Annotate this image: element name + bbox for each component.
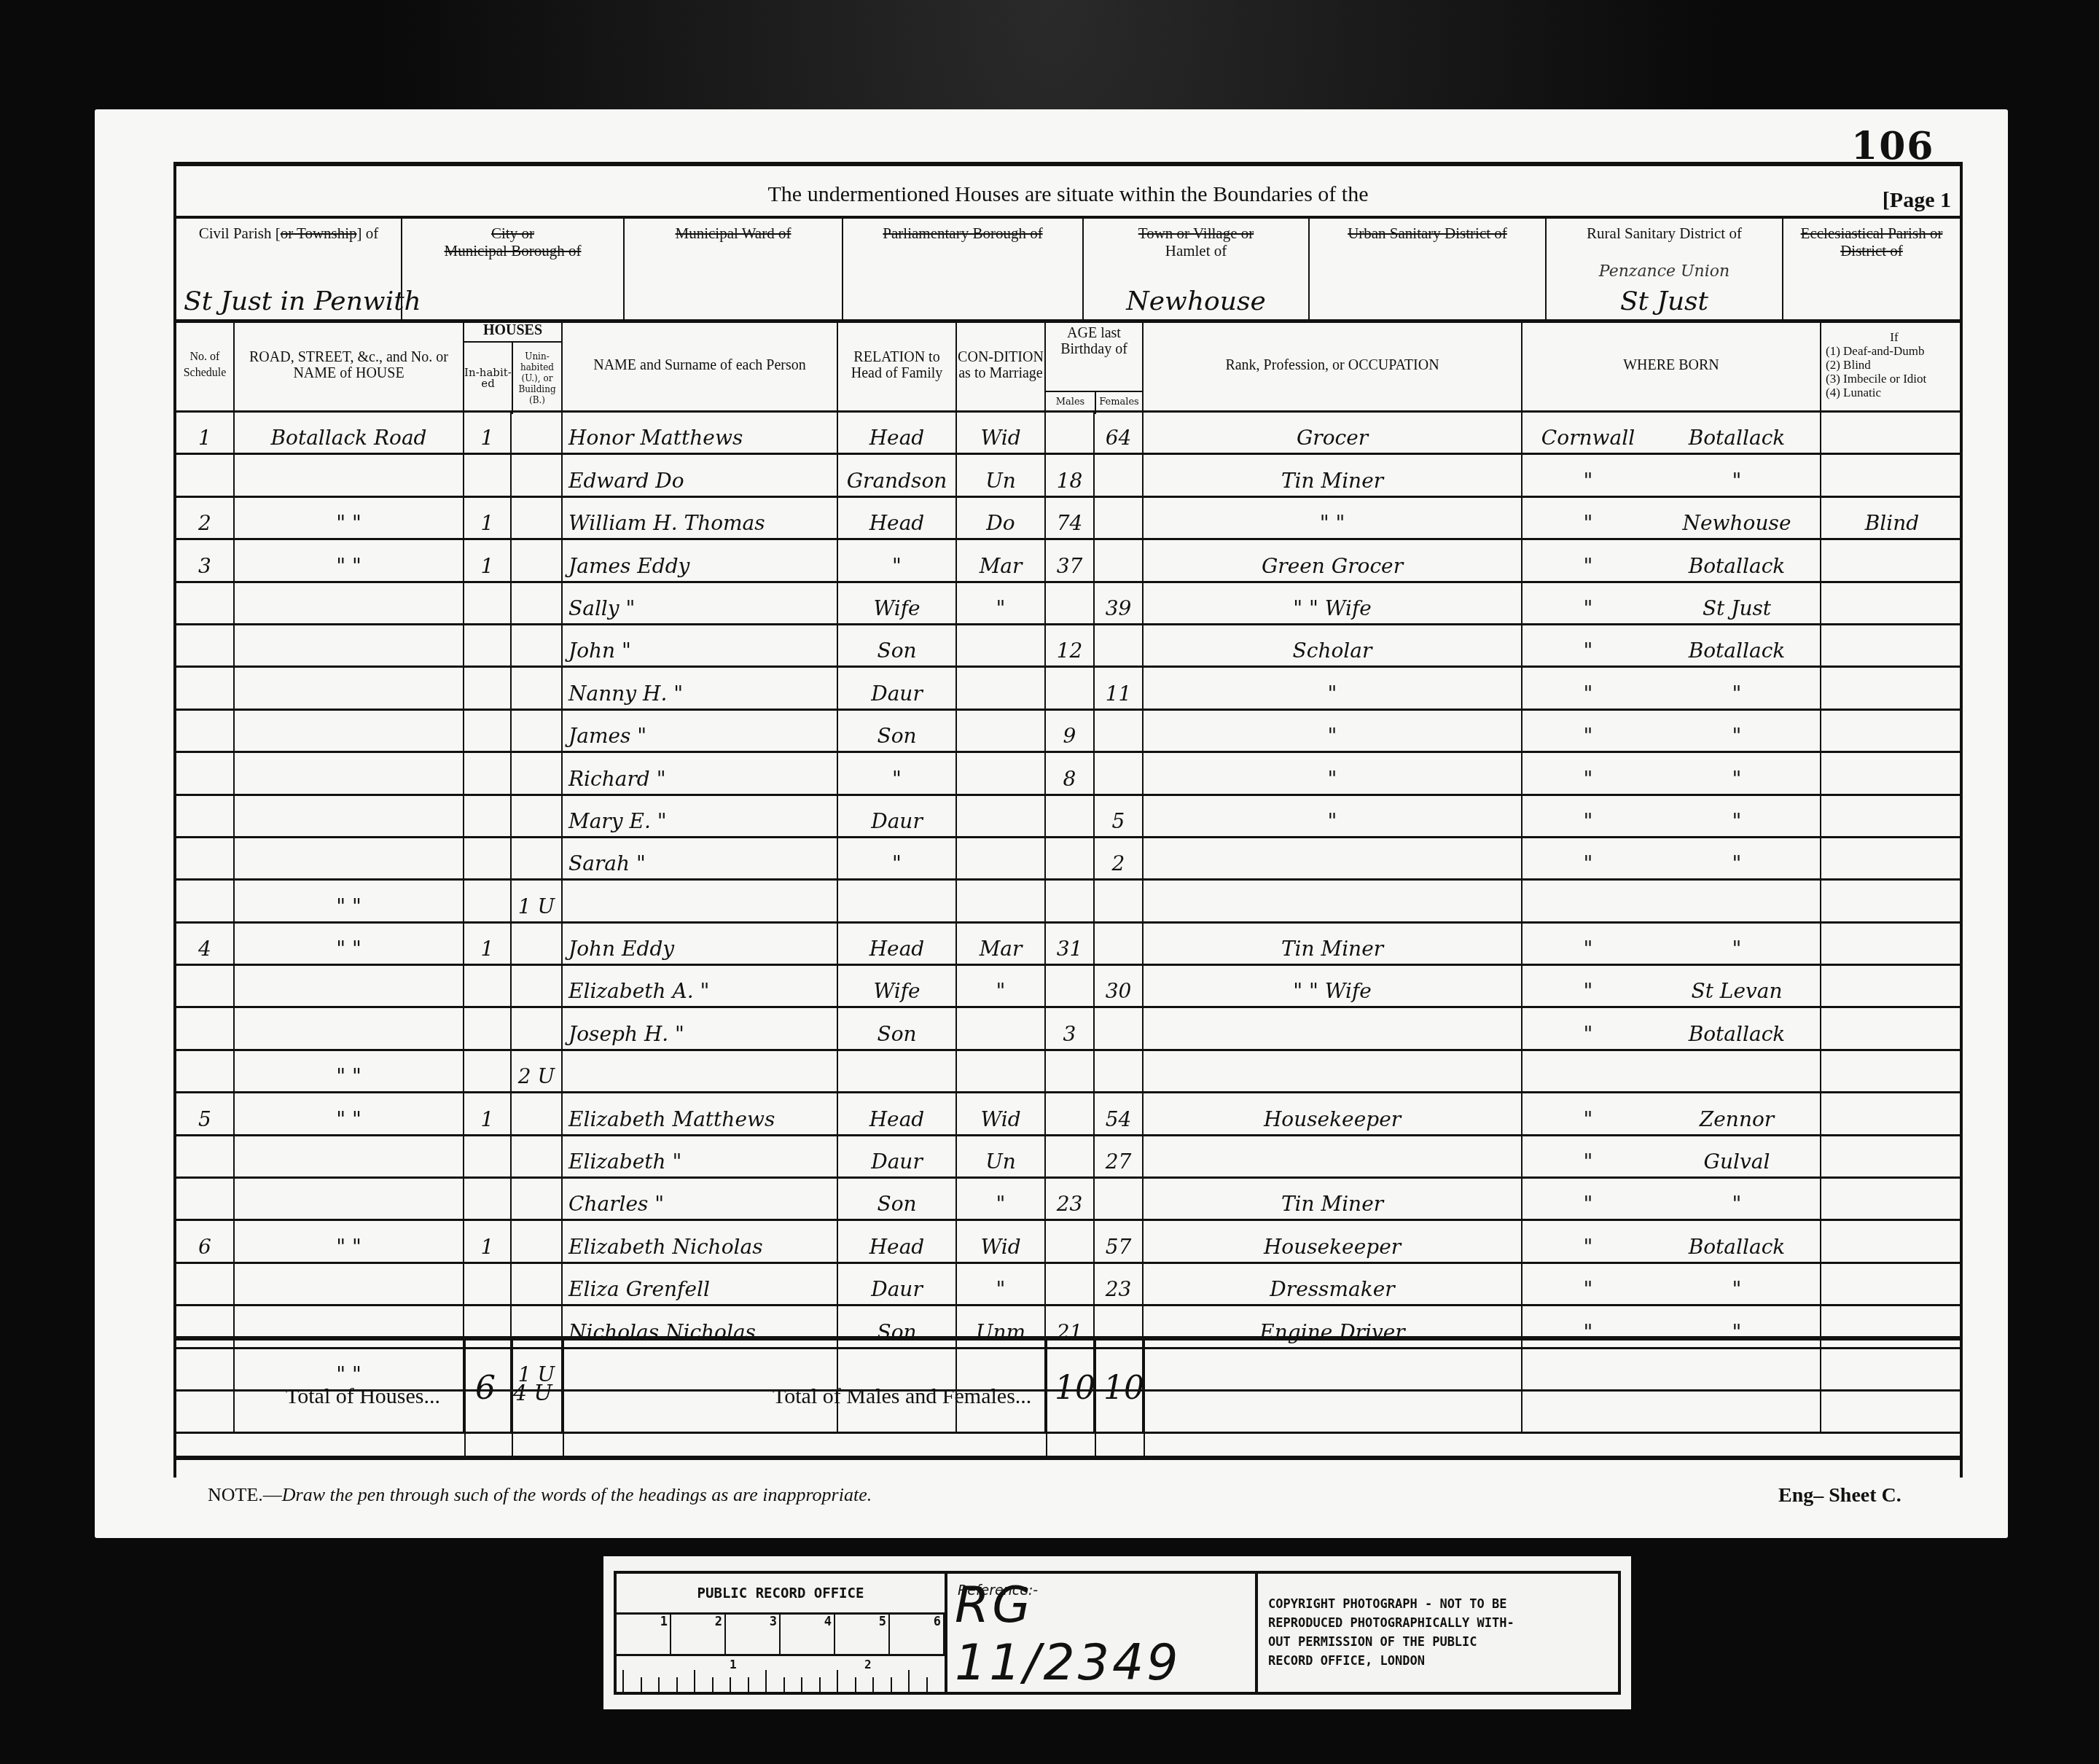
person-name-cell: William H. Thomas [563, 498, 838, 538]
total-houses-inhabited: 6 [475, 1370, 496, 1407]
ruler-tick [855, 1677, 856, 1692]
marital-condition-cell [957, 796, 1046, 836]
marital-condition-cell: Do [957, 498, 1046, 538]
col-head-relation: RELATION to Head of Family [838, 319, 957, 413]
infirmity-cell [1821, 1093, 1963, 1133]
schedule-number-cell [176, 881, 235, 921]
page-label: [Page 1 [1883, 188, 1951, 213]
footnote-text: Draw the pen through such of the words o… [282, 1484, 872, 1505]
born-county-cell: " [1523, 1008, 1654, 1048]
marital-condition-cell [957, 668, 1046, 708]
infirmity-cell [1821, 753, 1963, 793]
houses-uninhabited-cell [512, 753, 563, 793]
marital-condition-cell: " [957, 583, 1046, 623]
born-county-cell [1523, 1051, 1654, 1091]
ruler-inch: 1 2 [617, 1656, 945, 1692]
houses-uninhabited-cell: 2 U [512, 1051, 563, 1091]
col-head-name: NAME and Surname of each Person [563, 319, 838, 413]
ruler-tick [837, 1670, 838, 1692]
marital-condition-cell: Mar [957, 540, 1046, 580]
born-county-cell: " [1523, 498, 1654, 538]
born-place-cell: Botallack [1654, 1008, 1821, 1048]
ruler-inch-mark: 2 [864, 1658, 872, 1671]
born-place-cell: St Just [1654, 583, 1821, 623]
marital-condition-cell [957, 838, 1046, 878]
age-female-cell: 11 [1095, 668, 1144, 708]
occupation-cell: Green Grocer [1144, 540, 1523, 580]
age-female-cell: 39 [1095, 583, 1144, 623]
totals-divider [464, 1340, 466, 1456]
occupation-cell [1144, 838, 1523, 878]
relation-to-head-cell: Daur [838, 796, 957, 836]
ruler-tick [748, 1677, 749, 1692]
table-row: Richard ""8""" [176, 753, 1960, 795]
relation-to-head-cell: Son [838, 711, 957, 751]
marital-condition-cell: " [957, 1179, 1046, 1219]
born-place-cell: Botallack [1654, 1221, 1821, 1261]
col-head-infirmity: If (1) Deaf-and-Dumb (2) Blind (3) Imbec… [1821, 319, 1963, 413]
age-male-cell [1046, 1264, 1095, 1304]
infirmity-cell [1821, 881, 1963, 921]
copyright-line: REPRODUCED PHOTOGRAPHICALLY WITH- [1268, 1614, 1514, 1633]
relation-to-head-cell: " [838, 838, 957, 878]
houses-uninhabited-cell [512, 924, 563, 964]
infirmity-cell [1821, 413, 1963, 453]
total-females: 10 [1103, 1370, 1144, 1407]
person-name-cell: John Eddy [563, 924, 838, 964]
age-male-cell: 9 [1046, 711, 1095, 751]
footnote-prefix: NOTE.— [208, 1484, 282, 1505]
table-row: Charles "Son"23Tin Miner"" [176, 1179, 1960, 1221]
relation-to-head-cell: Wife [838, 966, 957, 1006]
occupation-cell: " [1144, 711, 1523, 751]
age-male-cell: 31 [1046, 924, 1095, 964]
total-houses-uninhabited: 4 U [513, 1381, 552, 1406]
schedule-number-cell: 5 [176, 1093, 235, 1133]
born-county-cell [1523, 881, 1654, 921]
born-place-cell: Newhouse [1654, 498, 1821, 538]
houses-inhabited-cell [464, 881, 512, 921]
infirmity-cell [1821, 1008, 1963, 1048]
ruler-tick [891, 1677, 892, 1692]
infirmity-cell [1821, 668, 1963, 708]
born-place-cell: " [1654, 753, 1821, 793]
born-county-cell: " [1523, 711, 1654, 751]
houses-inhabited-cell [464, 966, 512, 1006]
occupation-cell: " " Wife [1144, 966, 1523, 1006]
road-address-cell: " " [235, 1051, 464, 1091]
person-name-cell: Mary E. " [563, 796, 838, 836]
person-name-cell: Joseph H. " [563, 1008, 838, 1048]
houses-uninhabited-cell [512, 1179, 563, 1219]
relation-to-head-cell: Son [838, 625, 957, 666]
born-county-cell: " [1523, 668, 1654, 708]
ruler-cm: 1 2 3 4 5 6 [617, 1615, 945, 1655]
ruler-tick [908, 1670, 910, 1692]
houses-inhabited-cell [464, 1179, 512, 1219]
houses-uninhabited-cell [512, 1264, 563, 1304]
born-county-cell: Cornwall [1523, 413, 1654, 453]
person-name-cell: Sarah " [563, 838, 838, 878]
infirmity-lunatic: (4) Lunatic [1826, 386, 1881, 399]
total-houses-label: Total of Houses... [286, 1384, 440, 1409]
total-males: 10 [1055, 1370, 1095, 1407]
area-parliamentary-borough: Parliamentary Borough of [843, 219, 1084, 319]
area-subvalue-rural-sanitary: Penzance Union [1554, 262, 1775, 281]
marital-condition-cell [957, 881, 1046, 921]
col-head-houses-label: HOUSES [483, 322, 542, 338]
age-male-cell [1046, 1221, 1095, 1261]
infirmity-deaf-dumb: (1) Deaf-and-Dumb [1826, 344, 1924, 358]
age-female-cell [1095, 924, 1144, 964]
schedule-number-cell [176, 1179, 235, 1219]
schedule-number-cell [176, 583, 235, 623]
schedule-number-cell [176, 753, 235, 793]
houses-uninhabited-cell [512, 625, 563, 666]
relation-to-head-cell: " [838, 540, 957, 580]
area-heading: Ecclesiastical Parish or [1783, 225, 1960, 242]
person-name-cell: Richard " [563, 753, 838, 793]
born-county-cell: " [1523, 966, 1654, 1006]
born-county-cell: " [1523, 838, 1654, 878]
copyright-text: COPYRIGHT PHOTOGRAPH - NOT TO BE REPRODU… [1268, 1595, 1514, 1671]
marital-condition-cell: Un [957, 455, 1046, 495]
houses-inhabited-cell [464, 1136, 512, 1176]
person-name-cell: Honor Matthews [563, 413, 838, 453]
table-row: Elizabeth A. "Wife"30" " Wife"St Levan [176, 966, 1960, 1008]
schedule-number-cell [176, 668, 235, 708]
table-row: Nanny H. "Daur11""" [176, 668, 1960, 710]
census-form: The undermentioned Houses are situate wi… [173, 162, 1963, 1478]
ruler-cm-mark: 5 [835, 1615, 890, 1653]
marital-condition-cell: Wid [957, 1093, 1046, 1133]
houses-inhabited-cell [464, 753, 512, 793]
schedule-number-cell [176, 1136, 235, 1176]
age-female-cell: 30 [1095, 966, 1144, 1006]
born-place-cell: " [1654, 455, 1821, 495]
age-female-cell [1095, 881, 1144, 921]
person-name-cell: Elizabeth Nicholas [563, 1221, 838, 1261]
marital-condition-cell: Wid [957, 413, 1046, 453]
relation-to-head-cell: " [838, 753, 957, 793]
age-female-cell: 57 [1095, 1221, 1144, 1261]
infirmity-cell [1821, 838, 1963, 878]
age-female-cell [1095, 455, 1144, 495]
born-county-cell: " [1523, 1093, 1654, 1133]
schedule-number-cell [176, 966, 235, 1006]
table-row: Mary E. "Daur5""" [176, 796, 1960, 838]
occupation-cell [1144, 1008, 1523, 1048]
age-female-cell: 64 [1095, 413, 1144, 453]
ruler-cm-mark: 1 [617, 1615, 671, 1653]
area-heading: Civil Parish [ [199, 225, 281, 242]
schedule-number-cell: 1 [176, 413, 235, 453]
col-head-occupation: Rank, Profession, or OCCUPATION [1144, 319, 1523, 413]
area-town-village-hamlet: Town or Village or Hamlet of Newhouse [1084, 219, 1310, 319]
road-address-cell [235, 1008, 464, 1048]
age-male-cell [1046, 1136, 1095, 1176]
houses-inhabited-cell [464, 1264, 512, 1304]
schedule-number-cell: 2 [176, 498, 235, 538]
infirmity-cell [1821, 1051, 1963, 1091]
ruler-tick [694, 1670, 695, 1692]
age-male-cell: 37 [1046, 540, 1095, 580]
ruler-inch-mark: 1 [730, 1658, 737, 1671]
relation-to-head-cell: Head [838, 498, 957, 538]
area-heading: Urban Sanitary District of [1310, 219, 1545, 242]
person-name-cell: Elizabeth Matthews [563, 1093, 838, 1133]
born-county-cell: " [1523, 455, 1654, 495]
infirmity-cell [1821, 966, 1963, 1006]
road-address-cell: " " [235, 1221, 464, 1261]
area-municipal-borough: City or Municipal Borough of [402, 219, 625, 319]
person-name-cell [563, 1051, 838, 1091]
ruler-cm-mark: 6 [890, 1615, 945, 1653]
born-county-cell: " [1523, 625, 1654, 666]
occupation-cell [1144, 1136, 1523, 1176]
copyright-line: COPYRIGHT PHOTOGRAPH - NOT TO BE [1268, 1595, 1514, 1614]
table-row: 4" "1John EddyHeadMar31Tin Miner"" [176, 924, 1960, 966]
area-heading: Rural Sanitary District of [1547, 219, 1782, 242]
col-head-females: Females [1095, 391, 1144, 414]
houses-uninhabited-cell [512, 1136, 563, 1176]
table-row: James "Son9""" [176, 711, 1960, 753]
road-address-cell: " " [235, 881, 464, 921]
road-address-cell [235, 1179, 464, 1219]
ruler-tick [801, 1677, 802, 1692]
infirmity-cell [1821, 1136, 1963, 1176]
footnote: NOTE.—Draw the pen through such of the w… [208, 1484, 872, 1506]
reference-box: Reference:- RG 11/2349 [947, 1574, 1258, 1692]
schedule-number-cell [176, 455, 235, 495]
houses-inhabited-cell [464, 838, 512, 878]
born-place-cell: Botallack [1654, 625, 1821, 666]
marital-condition-cell [957, 1008, 1046, 1048]
table-row: John "Son12Scholar"Botallack [176, 625, 1960, 668]
road-address-cell: " " [235, 1093, 464, 1133]
age-male-cell [1046, 966, 1095, 1006]
infirmity-cell [1821, 924, 1963, 964]
table-row: Sarah ""2"" [176, 838, 1960, 881]
col-head-road: ROAD, STREET, &c., and No. or NAME of HO… [235, 319, 464, 413]
born-place-cell: Zennor [1654, 1093, 1821, 1133]
marital-condition-cell: " [957, 966, 1046, 1006]
marital-condition-cell: " [957, 1264, 1046, 1304]
totals-divider [1144, 1340, 1145, 1456]
census-rows: 1Botallack Road1Honor MatthewsHeadWid64G… [176, 413, 1960, 1434]
born-county-cell: " [1523, 1264, 1654, 1304]
houses-inhabited-cell: 1 [464, 413, 512, 453]
col-head-schedule: No. of Schedule [176, 319, 235, 413]
houses-uninhabited-cell [512, 1008, 563, 1048]
form-title: The undermentioned Houses are situate wi… [176, 182, 1960, 207]
pro-ruler-box: PUBLIC RECORD OFFICE 1 2 3 4 5 6 1 2 [617, 1574, 947, 1692]
census-table: No. of Schedule ROAD, STREET, &c., and N… [176, 319, 1960, 1336]
relation-to-head-cell: Daur [838, 668, 957, 708]
copyright-line: RECORD OFFICE, LONDON [1268, 1652, 1514, 1671]
relation-to-head-cell [838, 881, 957, 921]
col-head-condition: CON-DITION as to Marriage [957, 319, 1046, 413]
ruler-tick [730, 1677, 731, 1692]
houses-inhabited-cell: 1 [464, 924, 512, 964]
age-female-cell [1095, 711, 1144, 751]
houses-uninhabited-cell [512, 413, 563, 453]
road-address-cell [235, 625, 464, 666]
person-name-cell: Edward Do [563, 455, 838, 495]
area-ecclesiastical-parish: Ecclesiastical Parish or District of [1783, 219, 1960, 319]
area-heading: Hamlet of [1084, 242, 1308, 259]
houses-inhabited-cell [464, 625, 512, 666]
relation-to-head-cell: Head [838, 1093, 957, 1133]
road-address-cell [235, 796, 464, 836]
area-urban-sanitary: Urban Sanitary District of [1310, 219, 1547, 319]
table-row: Edward DoGrandsonUn18Tin Miner"" [176, 455, 1960, 497]
occupation-cell: " " [1144, 498, 1523, 538]
age-female-cell [1095, 625, 1144, 666]
occupation-cell: Dressmaker [1144, 1264, 1523, 1304]
road-address-cell: " " [235, 540, 464, 580]
age-female-cell: 23 [1095, 1264, 1144, 1304]
person-name-cell [563, 881, 838, 921]
born-place-cell [1654, 881, 1821, 921]
reference-value: RG 11/2349 [955, 1577, 1255, 1692]
totals-divider [563, 1340, 564, 1456]
area-civil-parish: Civil Parish [or Township] of St Just in… [176, 219, 402, 319]
table-row: 2" "1William H. ThomasHeadDo74" ""Newhou… [176, 498, 1960, 540]
age-female-cell [1095, 1008, 1144, 1048]
age-female-cell: 27 [1095, 1136, 1144, 1176]
occupation-cell: Grocer [1144, 413, 1523, 453]
houses-uninhabited-cell [512, 711, 563, 751]
ruler-tick [819, 1677, 821, 1692]
area-value-hamlet: Newhouse [1091, 286, 1301, 316]
born-place-cell: " [1654, 838, 1821, 878]
schedule-number-cell [176, 1008, 235, 1048]
born-place-cell: Gulval [1654, 1136, 1821, 1176]
houses-inhabited-cell [464, 583, 512, 623]
houses-uninhabited-cell [512, 1221, 563, 1261]
road-address-cell [235, 1136, 464, 1176]
person-name-cell: Eliza Grenfell [563, 1264, 838, 1304]
area-heading: City or [402, 225, 623, 242]
born-place-cell: " [1654, 668, 1821, 708]
area-heading: Municipal Ward of [625, 219, 842, 242]
table-row: " "1 U [176, 881, 1960, 923]
totals-row: Total of Houses... 6 4 U Total of Males … [176, 1336, 1960, 1460]
born-place-cell: " [1654, 711, 1821, 751]
totals-divider [1046, 1340, 1047, 1456]
road-address-cell [235, 1264, 464, 1304]
ruler-tick [641, 1677, 642, 1692]
houses-inhabited-cell [464, 1051, 512, 1091]
schedule-number-cell [176, 796, 235, 836]
person-name-cell: Elizabeth " [563, 1136, 838, 1176]
relation-to-head-cell: Head [838, 413, 957, 453]
col-head-males: Males [1046, 391, 1096, 414]
occupation-cell: Housekeeper [1144, 1221, 1523, 1261]
age-female-cell [1095, 753, 1144, 793]
road-address-cell: " " [235, 924, 464, 964]
infirmity-cell: Blind [1821, 498, 1963, 538]
infirmity-cell [1821, 583, 1963, 623]
houses-uninhabited-cell [512, 1093, 563, 1133]
relation-to-head-cell [838, 1051, 957, 1091]
marital-condition-cell [957, 1051, 1046, 1091]
table-row: 5" "1Elizabeth MatthewsHeadWid54Housekee… [176, 1093, 1960, 1136]
born-place-cell: " [1654, 1179, 1821, 1219]
area-heading-struck: Town or Village or [1084, 225, 1308, 242]
area-value-rural-sanitary: St Just [1554, 286, 1775, 316]
born-place-cell: Botallack [1654, 540, 1821, 580]
born-place-cell: " [1654, 924, 1821, 964]
copyright-line: OUT PERMISSION OF THE PUBLIC [1268, 1633, 1514, 1652]
age-female-cell: 54 [1095, 1093, 1144, 1133]
age-male-cell: 23 [1046, 1179, 1095, 1219]
ruler-tick [765, 1670, 767, 1692]
born-county-cell: " [1523, 924, 1654, 964]
infirmity-cell [1821, 540, 1963, 580]
houses-uninhabited-cell [512, 455, 563, 495]
marital-condition-cell [957, 625, 1046, 666]
marital-condition-cell [957, 711, 1046, 751]
houses-inhabited-cell [464, 1008, 512, 1048]
col-head-uninhabited: Unin-habited (U.), or Building (B.) [512, 341, 563, 414]
age-female-cell: 2 [1095, 838, 1144, 878]
born-county-cell: " [1523, 1179, 1654, 1219]
marital-condition-cell: Wid [957, 1221, 1046, 1261]
houses-uninhabited-cell [512, 668, 563, 708]
ruler-tick [676, 1677, 678, 1692]
col-head-where-born: WHERE BORN [1523, 319, 1821, 413]
infirmity-if: If [1890, 330, 1898, 344]
table-row: " "2 U [176, 1051, 1960, 1093]
person-name-cell: Nanny H. " [563, 668, 838, 708]
road-address-cell [235, 455, 464, 495]
relation-to-head-cell: Son [838, 1008, 957, 1048]
infirmity-cell [1821, 711, 1963, 751]
infirmity-imbecile: (3) Imbecile or Idiot [1826, 372, 1926, 386]
area-heading: Municipal Borough of [402, 242, 623, 259]
road-address-cell [235, 966, 464, 1006]
table-row: 6" "1Elizabeth NicholasHeadWid57Housekee… [176, 1221, 1960, 1263]
born-county-cell: " [1523, 540, 1654, 580]
person-name-cell: Charles " [563, 1179, 838, 1219]
table-row: 1Botallack Road1Honor MatthewsHeadWid64G… [176, 413, 1960, 455]
age-female-cell [1095, 1051, 1144, 1091]
infirmity-cell [1821, 1264, 1963, 1304]
age-male-cell: 18 [1046, 455, 1095, 495]
occupation-cell: " [1144, 668, 1523, 708]
sheet-id: Eng– Sheet C. [1778, 1484, 1901, 1507]
relation-to-head-cell: Head [838, 924, 957, 964]
houses-uninhabited-cell [512, 796, 563, 836]
infirmity-cell [1821, 455, 1963, 495]
ruler-tick [622, 1670, 624, 1692]
age-male-cell [1046, 583, 1095, 623]
age-male-cell [1046, 668, 1095, 708]
copyright-notice: COPYRIGHT PHOTOGRAPH - NOT TO BE REPRODU… [1258, 1574, 1618, 1692]
houses-inhabited-cell [464, 455, 512, 495]
totals-divider [1095, 1340, 1096, 1456]
houses-inhabited-cell: 1 [464, 498, 512, 538]
ruler-tick [658, 1677, 660, 1692]
area-heading: ] of [357, 225, 379, 242]
relation-to-head-cell: Daur [838, 1136, 957, 1176]
relation-to-head-cell: Head [838, 1221, 957, 1261]
age-female-cell: 5 [1095, 796, 1144, 836]
occupation-cell: Housekeeper [1144, 1093, 1523, 1133]
road-address-cell [235, 583, 464, 623]
